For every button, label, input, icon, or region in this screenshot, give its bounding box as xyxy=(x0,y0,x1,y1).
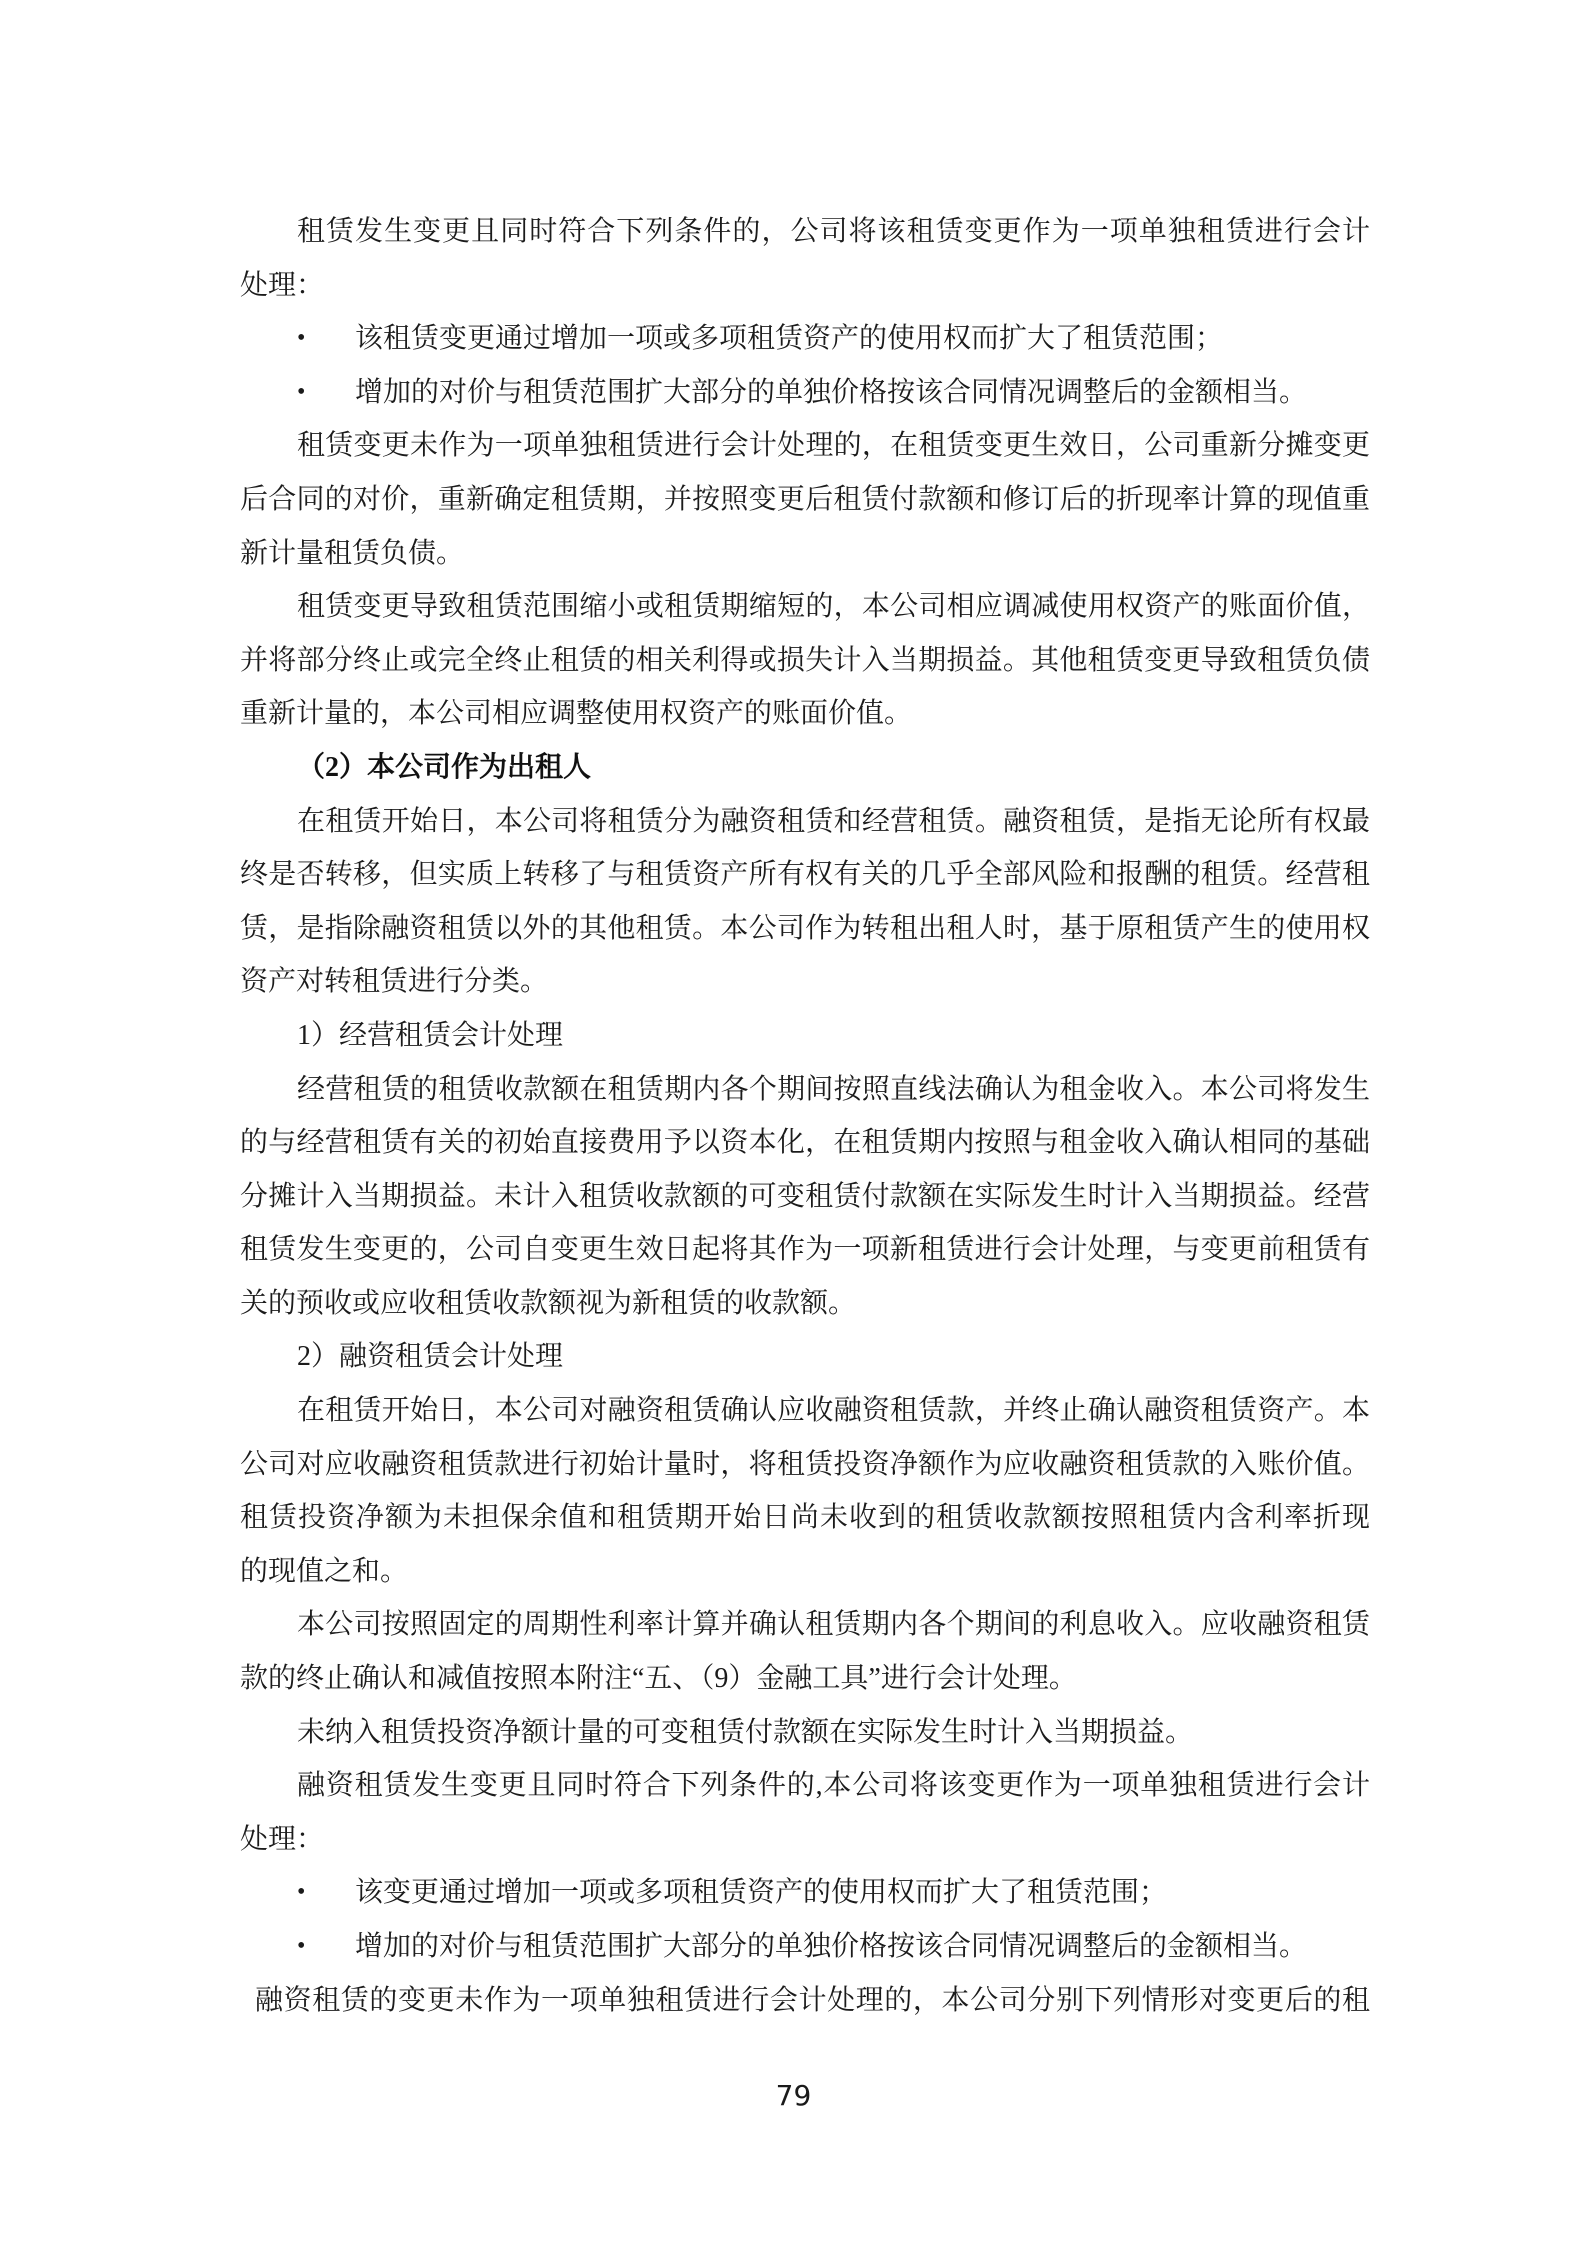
text-line: 资产对转租赁进行分类。 xyxy=(240,955,1370,1009)
text-line: 公司对应收融资租赁款进行初始计量时，将租赁投资净额作为应收融资租赁款的入账价值。 xyxy=(240,1438,1370,1492)
text-line: 分摊计入当期损益。未计入租赁收款额的可变租赁付款额在实际发生时计入当期损益。经营 xyxy=(240,1170,1370,1224)
section-heading: （2）本公司作为出租人 xyxy=(240,741,1370,795)
text-line: 关的预收或应收租赁收款额视为新租赁的收款额。 xyxy=(240,1277,1370,1331)
text-line: 租赁发生变更的，公司自变更生效日起将其作为一项新租赁进行会计处理，与变更前租赁有 xyxy=(240,1223,1370,1277)
text-line: 新计量租赁负债。 xyxy=(240,527,1370,581)
bullet-text: 该变更通过增加一项或多项租赁资产的使用权而扩大了租赁范围； xyxy=(355,1877,1167,1908)
text-line: 处理： xyxy=(240,259,1370,313)
text-line: 的与经营租赁有关的初始直接费用予以资本化，在租赁期内按照与租金收入确认相同的基础 xyxy=(240,1116,1370,1170)
text-line: •该租赁变更通过增加一项或多项租赁资产的使用权而扩大了租赁范围； xyxy=(240,312,1370,366)
bullet-text: 增加的对价与租赁范围扩大部分的单独价格按该合同情况调整后的金额相当。 xyxy=(355,377,1307,408)
text-line: 并将部分终止或完全终止租赁的相关利得或损失计入当期损益。其他租赁变更导致租赁负债 xyxy=(240,634,1370,688)
bullet-icon: • xyxy=(297,1866,305,1920)
text-line: 本公司按照固定的周期性利率计算并确认租赁期内各个期间的利息收入。应收融资租赁 xyxy=(240,1598,1370,1652)
page-number: 79 xyxy=(0,2082,1587,2110)
text-line: 重新计量的，本公司相应调整使用权资产的账面价值。 xyxy=(240,687,1370,741)
text-line: 2）融资租赁会计处理 xyxy=(240,1330,1370,1384)
page-body-text: 租赁发生变更且同时符合下列条件的，公司将该租赁变更作为一项单独租赁进行会计处理：… xyxy=(240,205,1370,2027)
bullet-icon: • xyxy=(297,312,305,366)
text-line: 经营租赁的租赁收款额在租赁期内各个期间按照直线法确认为租金收入。本公司将发生 xyxy=(240,1063,1370,1117)
document-page: 租赁发生变更且同时符合下列条件的，公司将该租赁变更作为一项单独租赁进行会计处理：… xyxy=(0,0,1587,2245)
text-line: 后合同的对价，重新确定租赁期，并按照变更后租赁付款额和修订后的折现率计算的现值重 xyxy=(240,473,1370,527)
text-line: •该变更通过增加一项或多项租赁资产的使用权而扩大了租赁范围； xyxy=(240,1866,1370,1920)
text-line: 在租赁开始日，本公司将租赁分为融资租赁和经营租赁。融资租赁，是指无论所有权最 xyxy=(240,795,1370,849)
bullet-icon: • xyxy=(297,366,305,420)
text-line: 赁，是指除融资租赁以外的其他租赁。本公司作为转租出租人时，基于原租赁产生的使用权 xyxy=(240,902,1370,956)
text-line: •增加的对价与租赁范围扩大部分的单独价格按该合同情况调整后的金额相当。 xyxy=(240,1920,1370,1974)
text-line: 租赁发生变更且同时符合下列条件的，公司将该租赁变更作为一项单独租赁进行会计 xyxy=(240,205,1370,259)
text-line: •增加的对价与租赁范围扩大部分的单独价格按该合同情况调整后的金额相当。 xyxy=(240,366,1370,420)
text-line: 1）经营租赁会计处理 xyxy=(240,1009,1370,1063)
text-line: 在租赁开始日，本公司对融资租赁确认应收融资租赁款，并终止确认融资租赁资产。本 xyxy=(240,1384,1370,1438)
bullet-text: 增加的对价与租赁范围扩大部分的单独价格按该合同情况调整后的金额相当。 xyxy=(355,1931,1307,1962)
bullet-icon: • xyxy=(297,1920,305,1974)
text-line: 款的终止确认和减值按照本附注“五、（9）金融工具”进行会计处理。 xyxy=(240,1652,1370,1706)
text-line: 租赁投资净额为未担保余值和租赁期开始日尚未收到的租赁收款额按照租赁内含利率折现 xyxy=(240,1491,1370,1545)
text-line: 处理： xyxy=(240,1813,1370,1867)
text-line: 融资租赁的变更未作为一项单独租赁进行会计处理的，本公司分别下列情形对变更后的租 xyxy=(240,1974,1370,2028)
text-line: 的现值之和。 xyxy=(240,1545,1370,1599)
bullet-text: 该租赁变更通过增加一项或多项租赁资产的使用权而扩大了租赁范围； xyxy=(355,323,1223,354)
text-line: 终是否转移，但实质上转移了与租赁资产所有权有关的几乎全部风险和报酬的租赁。经营租 xyxy=(240,848,1370,902)
text-line: 租赁变更未作为一项单独租赁进行会计处理的，在租赁变更生效日，公司重新分摊变更 xyxy=(240,419,1370,473)
text-line: 租赁变更导致租赁范围缩小或租赁期缩短的，本公司相应调减使用权资产的账面价值， xyxy=(240,580,1370,634)
text-line: 未纳入租赁投资净额计量的可变租赁付款额在实际发生时计入当期损益。 xyxy=(240,1706,1370,1760)
text-line: 融资租赁发生变更且同时符合下列条件的,本公司将该变更作为一项单独租赁进行会计 xyxy=(240,1759,1370,1813)
